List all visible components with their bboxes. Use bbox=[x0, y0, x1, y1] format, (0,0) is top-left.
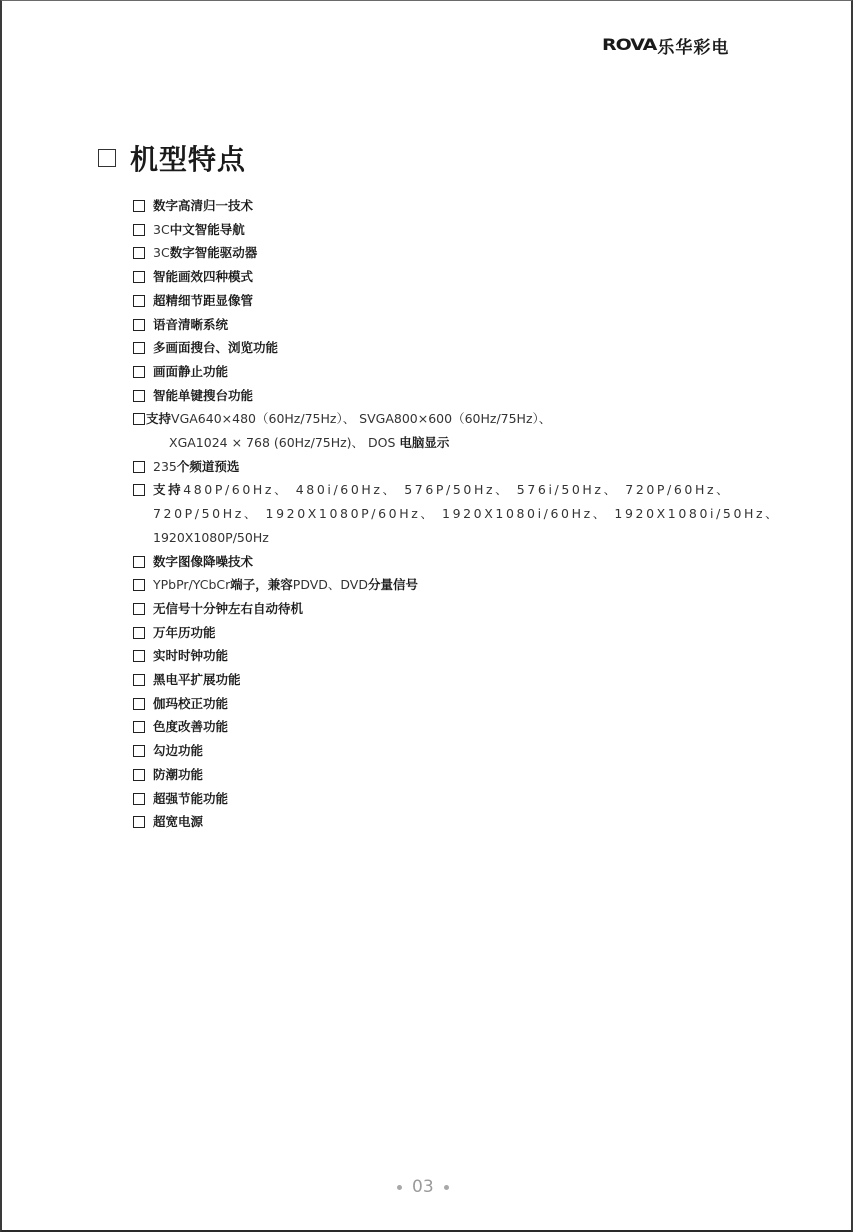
checkbox-square-icon bbox=[133, 721, 145, 733]
feature-text: 中文智能导航 bbox=[170, 218, 245, 242]
feature-item: 万年历功能 bbox=[133, 621, 813, 645]
feature-item: 画面静止功能 bbox=[133, 360, 813, 384]
checkbox-square-icon bbox=[133, 650, 145, 662]
checkbox-square-icon bbox=[133, 342, 145, 354]
feature-text: 个频道预选 bbox=[177, 455, 240, 479]
feature-item: 超宽电源 bbox=[133, 810, 813, 834]
feature-text: 勾边功能 bbox=[153, 739, 203, 763]
feature-text: 超精细节距显像管 bbox=[153, 289, 253, 313]
feature-item: 色度改善功能 bbox=[133, 715, 813, 739]
feature-item: 多画面搜台、浏览功能 bbox=[133, 336, 813, 360]
checkbox-square-icon bbox=[133, 579, 145, 591]
feature-text: 多画面搜台、浏览功能 bbox=[153, 336, 278, 360]
checkbox-square-icon bbox=[133, 413, 145, 425]
feature-text-continuation: 720P/50Hz、 1920X1080P/60Hz、 1920X1080i/6… bbox=[153, 506, 780, 521]
feature-item: 黑电平扩展功能 bbox=[133, 668, 813, 692]
checkbox-square-icon bbox=[133, 319, 145, 331]
feature-text: 超宽电源 bbox=[153, 810, 203, 834]
checkbox-square-icon bbox=[133, 769, 145, 781]
feature-text: 万年历功能 bbox=[153, 621, 216, 645]
brand-logo: ROVA 乐华彩电 bbox=[602, 35, 729, 55]
feature-item: 伽玛校正功能 bbox=[133, 692, 813, 716]
checkbox-square-icon bbox=[133, 224, 145, 236]
feature-text-detail: 480P/60Hz、 480i/60Hz、 576P/50Hz、 576i/50… bbox=[183, 478, 731, 502]
feature-text: 伽玛校正功能 bbox=[153, 692, 228, 716]
checkbox-square-icon bbox=[133, 603, 145, 615]
checkbox-square-icon bbox=[133, 461, 145, 473]
feature-text: 数字图像降噪技术 bbox=[153, 550, 253, 574]
feature-text: 数字智能驱动器 bbox=[170, 241, 258, 265]
feature-text: 色度改善功能 bbox=[153, 715, 228, 739]
checkbox-square-icon bbox=[133, 674, 145, 686]
feature-text-continuation: 1920X1080P/50Hz bbox=[153, 530, 269, 545]
feature-text: 智能画效四种模式 bbox=[153, 265, 253, 289]
checkbox-square-icon bbox=[133, 295, 145, 307]
feature-item: 数字图像降噪技术 bbox=[133, 550, 813, 574]
feature-text-prefix: 3C bbox=[153, 241, 170, 265]
feature-text: 支持 bbox=[146, 407, 171, 431]
checkbox-square-icon bbox=[133, 698, 145, 710]
bullet-dot-icon bbox=[397, 1185, 402, 1190]
bullet-dot-icon bbox=[444, 1185, 449, 1190]
checkbox-square-icon bbox=[133, 247, 145, 259]
feature-text-suffix: 分量信号 bbox=[368, 573, 418, 597]
feature-item: 数字高清归一技术 bbox=[133, 194, 813, 218]
checkbox-square-icon bbox=[133, 556, 145, 568]
checkbox-square-icon bbox=[133, 271, 145, 283]
feature-text-prefix: 3C bbox=[153, 218, 170, 242]
feature-item: 3C数字智能驱动器 bbox=[133, 241, 813, 265]
page-number-footer: 03 bbox=[397, 1177, 449, 1197]
feature-text: 智能单键搜台功能 bbox=[153, 384, 253, 408]
feature-text: 实时时钟功能 bbox=[153, 644, 228, 668]
feature-text: 语音清晰系统 bbox=[153, 313, 228, 337]
feature-list: 数字高清归一技术 3C中文智能导航 3C数字智能驱动器 智能画效四种模式 超精细… bbox=[133, 194, 813, 834]
checkbox-square-icon bbox=[133, 484, 145, 496]
feature-text-detail: VGA640×480（60Hz/75Hz）、 SVGA800×600（60Hz/… bbox=[171, 407, 551, 431]
feature-item: 勾边功能 bbox=[133, 739, 813, 763]
brand-latin-text: ROVA bbox=[602, 36, 656, 55]
page-number: 03 bbox=[412, 1177, 434, 1197]
feature-item: 3C中文智能导航 bbox=[133, 218, 813, 242]
feature-text-continuation: XGA1024 × 768 (60Hz/75Hz)、 DOS bbox=[169, 435, 399, 450]
checkbox-square-icon bbox=[133, 745, 145, 757]
section-heading: 机型特点 bbox=[98, 138, 246, 178]
brand-chinese-text: 乐华彩电 bbox=[657, 33, 729, 58]
feature-text: 防潮功能 bbox=[153, 763, 203, 787]
feature-text-continuation-bold: 电脑显示 bbox=[399, 435, 449, 450]
feature-item: 实时时钟功能 bbox=[133, 644, 813, 668]
feature-item: 智能单键搜台功能 bbox=[133, 384, 813, 408]
feature-item-multiline: 支持VGA640×480（60Hz/75Hz）、 SVGA800×600（60H… bbox=[133, 407, 813, 454]
feature-text: 无信号十分钟左右自动待机 bbox=[153, 597, 303, 621]
feature-text: 数字高清归一技术 bbox=[153, 194, 253, 218]
feature-text: 黑电平扩展功能 bbox=[153, 668, 241, 692]
feature-item: YPbPr/YCbCr端子，兼容PDVD、DVD分量信号 bbox=[133, 573, 813, 597]
feature-item: 超精细节距显像管 bbox=[133, 289, 813, 313]
checkbox-square-icon bbox=[133, 200, 145, 212]
checkbox-square-icon bbox=[133, 627, 145, 639]
feature-text-prefix: YPbPr/YCbCr bbox=[153, 573, 230, 597]
feature-text: 支持 bbox=[153, 478, 183, 502]
feature-text-detail: PDVD、DVD bbox=[293, 573, 368, 597]
feature-text: 端子，兼容 bbox=[230, 573, 293, 597]
feature-item: 智能画效四种模式 bbox=[133, 265, 813, 289]
feature-item: 235个频道预选 bbox=[133, 455, 813, 479]
checkbox-square-icon bbox=[98, 149, 116, 167]
feature-item: 超强节能功能 bbox=[133, 787, 813, 811]
checkbox-square-icon bbox=[133, 390, 145, 402]
feature-text-prefix: 235 bbox=[153, 455, 177, 479]
feature-item-multiline: 支持 480P/60Hz、 480i/60Hz、 576P/50Hz、 576i… bbox=[133, 478, 813, 549]
feature-item: 防潮功能 bbox=[133, 763, 813, 787]
checkbox-square-icon bbox=[133, 366, 145, 378]
checkbox-square-icon bbox=[133, 793, 145, 805]
page-title: 机型特点 bbox=[130, 138, 246, 178]
feature-text: 画面静止功能 bbox=[153, 360, 228, 384]
feature-item: 语音清晰系统 bbox=[133, 313, 813, 337]
feature-text: 超强节能功能 bbox=[153, 787, 228, 811]
feature-item: 无信号十分钟左右自动待机 bbox=[133, 597, 813, 621]
checkbox-square-icon bbox=[133, 816, 145, 828]
manual-page: ROVA 乐华彩电 机型特点 数字高清归一技术 3C中文智能导航 3C数字智能驱… bbox=[0, 0, 853, 1232]
